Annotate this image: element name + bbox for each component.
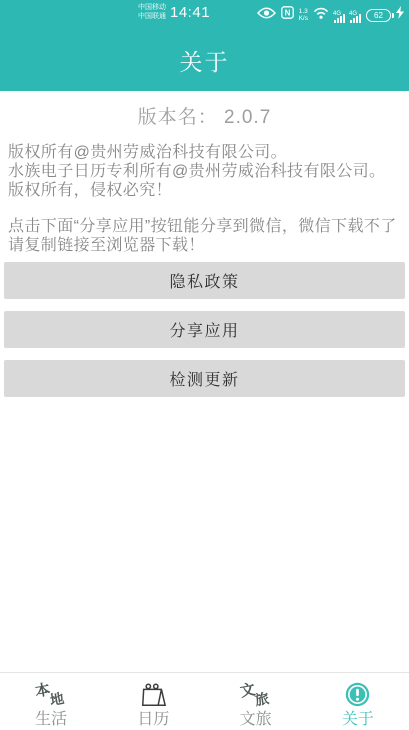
network-type-label: 4G xyxy=(333,11,341,17)
network-speed-indicator: 1.3 K/s xyxy=(299,8,308,22)
clock: 14:41 xyxy=(170,4,210,21)
calendar-icon xyxy=(133,678,173,711)
wifi-icon xyxy=(313,6,329,24)
network-type-label: 4G xyxy=(349,11,357,17)
notice-line: 点击下面“分享应用”按钮能分享到微信，微信下载不了 xyxy=(8,217,401,236)
speed-unit: K/s xyxy=(299,15,308,22)
tab-about[interactable]: 关于 xyxy=(307,673,409,730)
copyright-line: 版权所有@贵州劳威治科技有限公司。 xyxy=(8,143,401,162)
local-calligraphy-icon: 本 地 xyxy=(31,678,71,711)
bottom-tab-bar: 本 地 生活 日历 文 旅 xyxy=(0,672,409,730)
tab-label: 关于 xyxy=(342,711,374,729)
check-update-button[interactable]: 检测更新 xyxy=(4,360,405,397)
svg-text:N: N xyxy=(284,9,290,18)
tab-label: 日历 xyxy=(137,711,169,729)
notice-line: 请复制链接至浏览器下载！ xyxy=(8,236,401,255)
share-app-button[interactable]: 分享应用 xyxy=(4,311,405,348)
carrier-line2: 中国联通 xyxy=(138,12,166,21)
carrier-labels: 中国移动 中国联通 xyxy=(138,3,166,21)
signal-sim2-icon: 4G xyxy=(350,8,361,23)
tab-life[interactable]: 本 地 生活 xyxy=(0,673,102,730)
version-name: 版本名： 2.0.7 xyxy=(0,102,409,129)
copyright-line: 版权所有，侵权必究！ xyxy=(8,181,401,200)
battery-percent: 62 xyxy=(374,11,383,20)
battery-indicator: 62 xyxy=(366,9,391,22)
culture-calligraphy-icon: 文 旅 xyxy=(236,678,276,711)
speed-value: 1.3 xyxy=(299,8,308,15)
action-buttons: 隐私政策 分享应用 检测更新 xyxy=(0,262,409,397)
page-title: 关于 xyxy=(180,44,230,77)
tab-label: 文旅 xyxy=(240,711,272,729)
carrier-time-group: 中国移动 中国联通 14:41 xyxy=(138,3,210,21)
share-notice-text: 点击下面“分享应用”按钮能分享到微信，微信下载不了 请复制链接至浏览器下载！ xyxy=(8,217,401,255)
eye-protection-icon xyxy=(257,6,276,24)
tab-calendar[interactable]: 日历 xyxy=(102,673,204,730)
tab-label: 生活 xyxy=(35,711,67,729)
carrier-line1: 中国移动 xyxy=(138,3,166,12)
copyright-line: 水族电子日历专利所有@贵州劳威治科技有限公司。 xyxy=(8,162,401,181)
about-content: 版本名： 2.0.7 版权所有@贵州劳威治科技有限公司。 水族电子日历专利所有@… xyxy=(0,102,409,397)
nfc-icon: N xyxy=(281,6,294,24)
info-icon xyxy=(338,678,378,711)
status-bar: 中国移动 中国联通 14:41 N 1.3 K/s xyxy=(0,0,409,30)
signal-sim1-icon: 4G xyxy=(334,8,345,23)
status-icons: N 1.3 K/s 4G xyxy=(257,0,404,30)
privacy-policy-button[interactable]: 隐私政策 xyxy=(4,262,405,299)
charging-bolt-icon xyxy=(396,6,404,24)
tab-culture-tourism[interactable]: 文 旅 文旅 xyxy=(205,673,307,730)
copyright-text: 版权所有@贵州劳威治科技有限公司。 水族电子日历专利所有@贵州劳威治科技有限公司… xyxy=(8,143,401,200)
app-screen: 中国移动 中国联通 14:41 N 1.3 K/s xyxy=(0,0,409,730)
page-header: 关于 xyxy=(0,30,409,91)
